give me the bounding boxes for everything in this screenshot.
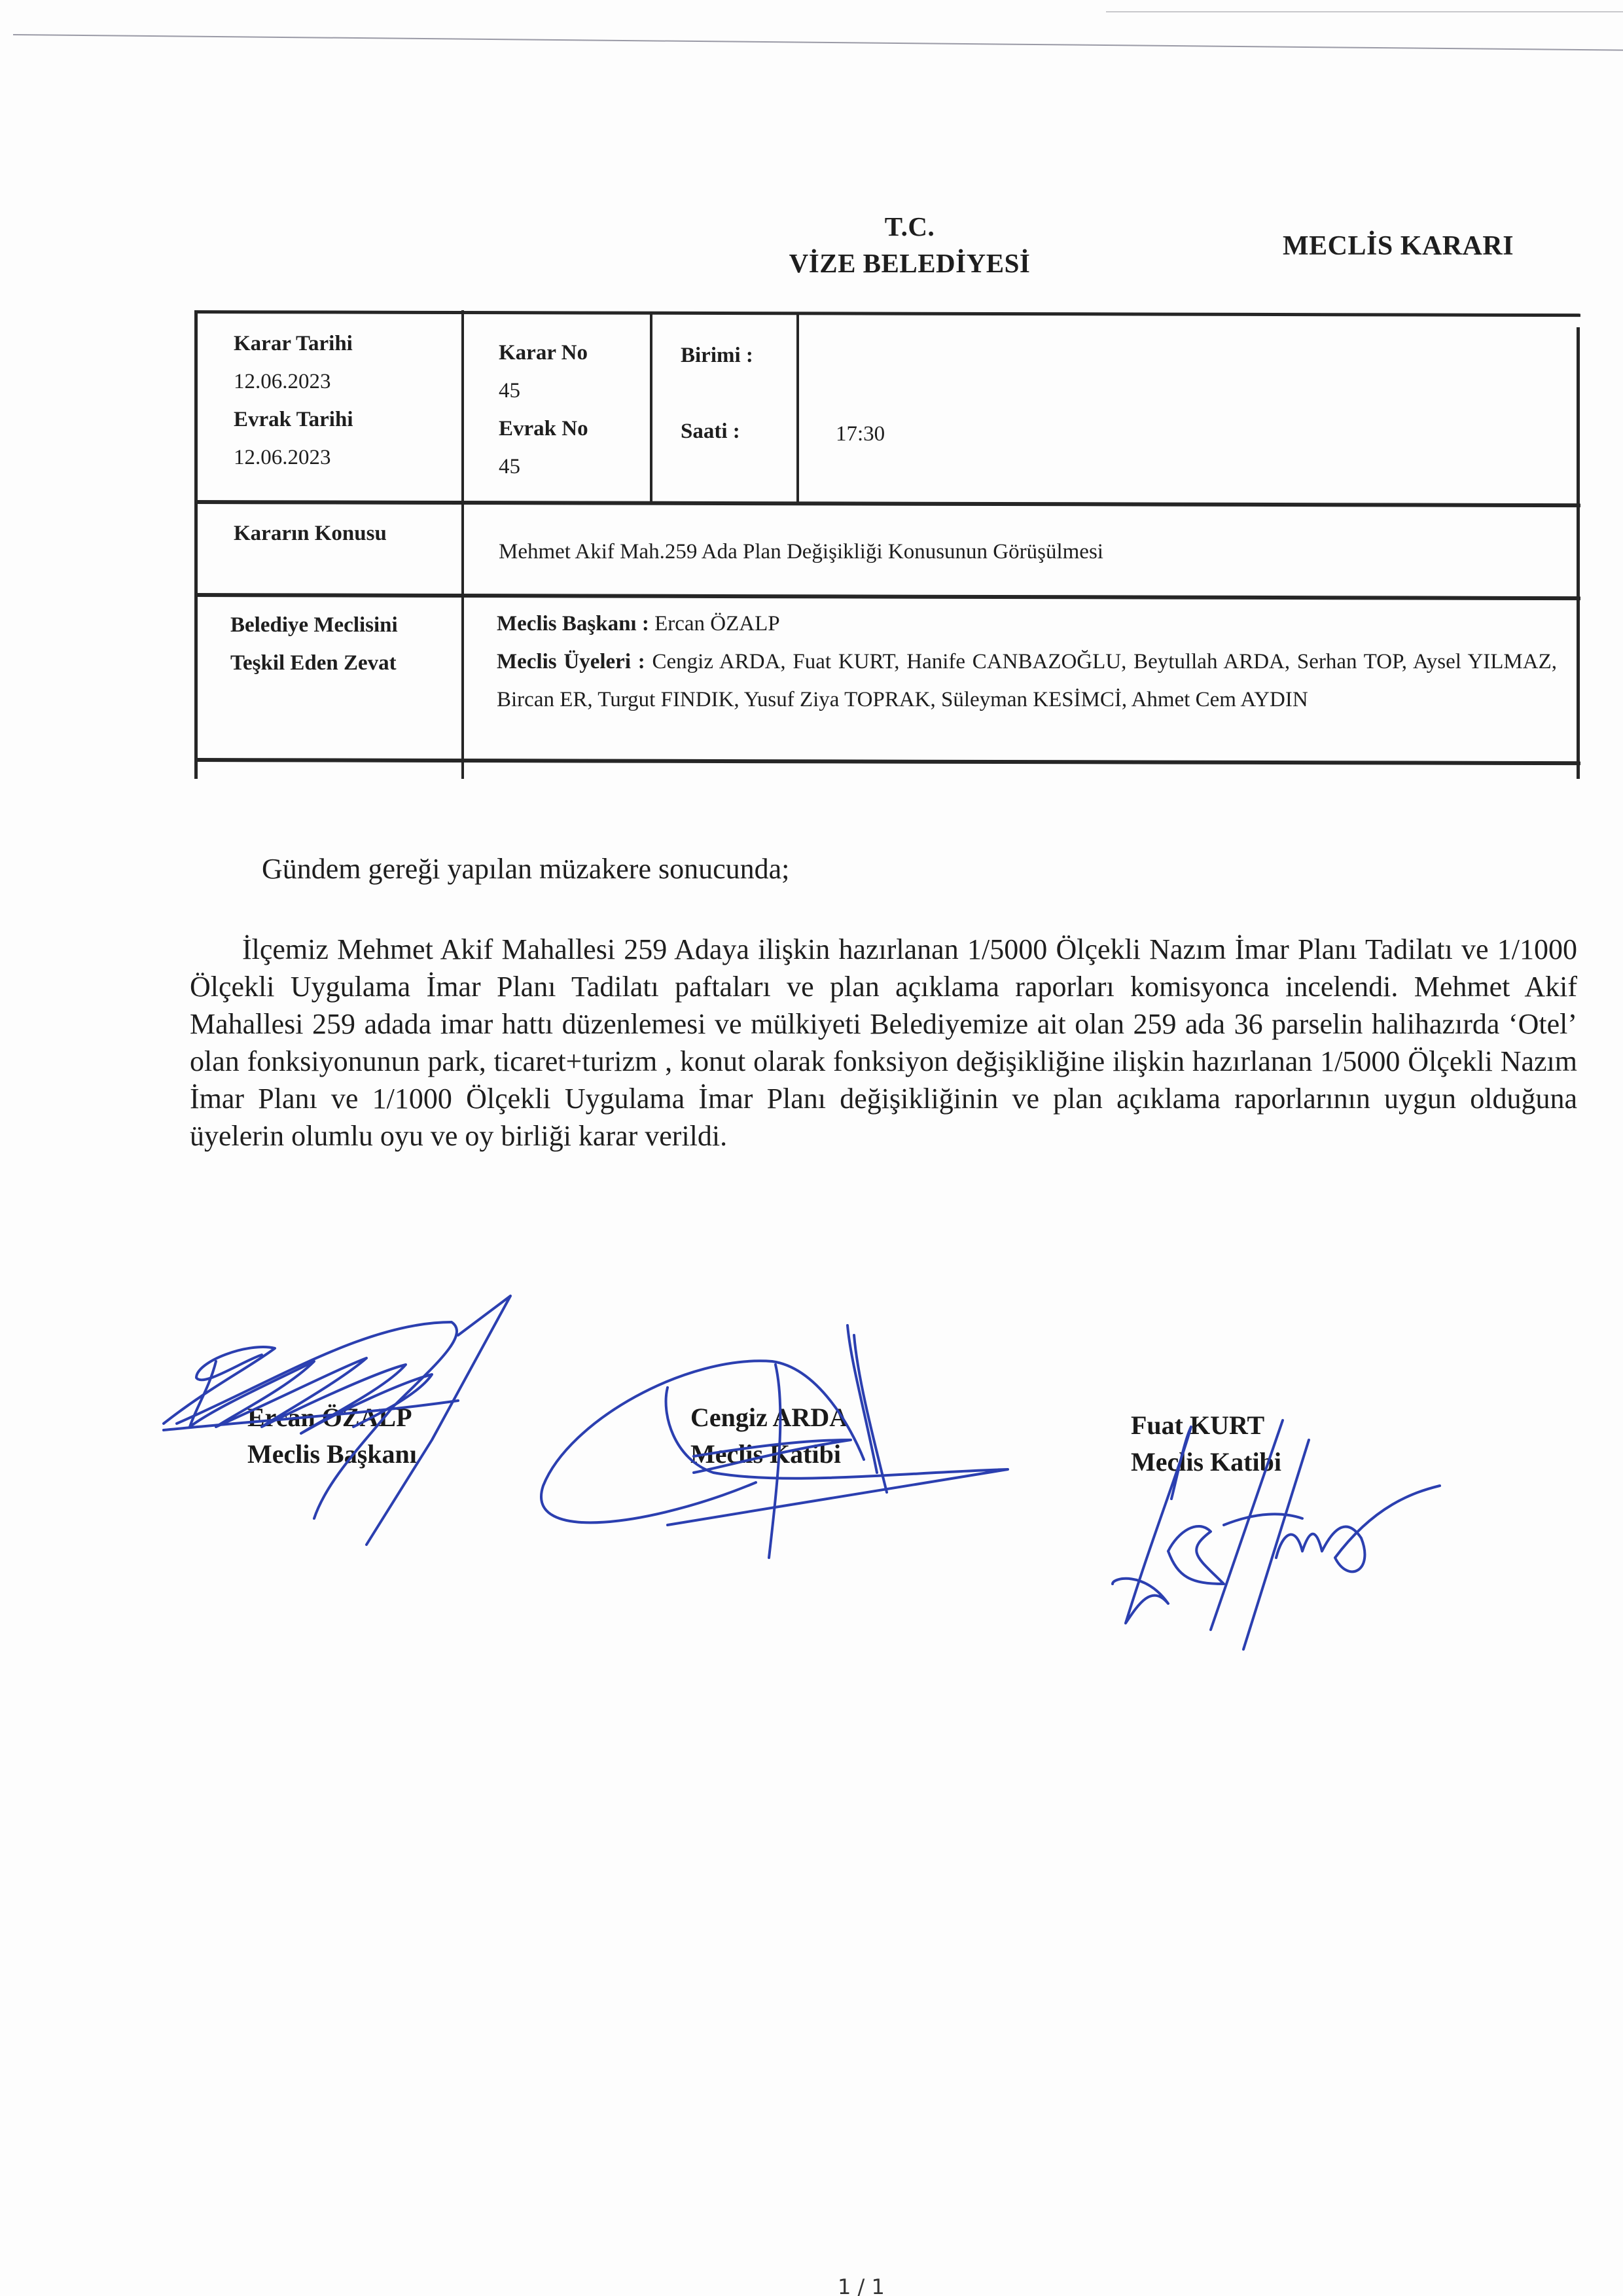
baskan-line: Meclis Başkanı : Ercan ÖZALP: [497, 605, 1557, 643]
uyeler-names: Cengiz ARDA, Fuat KURT, Hanife CANBAZOĞL…: [497, 650, 1557, 711]
evrak-tarihi-label: Evrak Tarihi: [234, 401, 353, 439]
evrak-no-label: Evrak No: [499, 410, 588, 448]
state-abbrev: T.C.: [720, 208, 1099, 245]
page-number: 1 / 1: [838, 2274, 885, 2296]
karar-tarihi-value: 12.06.2023: [234, 363, 353, 401]
uyeler-line: Meclis Üyeleri : Cengiz ARDA, Fuat KURT,…: [497, 643, 1557, 719]
birimi-label: Birimi :: [681, 336, 753, 374]
signatory-name: Ercan ÖZALP: [247, 1399, 417, 1436]
zevat-label: Belediye Meclisini Teşkil Eden Zevat: [230, 606, 398, 682]
decision-info-table: Karar Tarihi 12.06.2023 Evrak Tarihi 12.…: [194, 310, 1580, 779]
signatory-title: Meclis Başkanı: [247, 1436, 417, 1473]
scan-artifact-line: [1106, 11, 1623, 12]
signature-block-clerk-2: Fuat KURT Meclis Katibi: [1131, 1407, 1281, 1480]
numbers-cell: Karar No 45 Evrak No 45: [499, 334, 588, 486]
signature-block-clerk-1: Cengiz ARDA Meclis Katibi: [690, 1399, 848, 1473]
decision-paragraph: İlçemiz Mehmet Akif Mahallesi 259 Adaya …: [190, 931, 1577, 1155]
signatory-title: Meclis Katibi: [690, 1436, 848, 1473]
konu-value: Mehmet Akif Mah.259 Ada Plan Değişikliği…: [499, 533, 1103, 571]
zevat-label-line-1: Belediye Meclisini: [230, 606, 398, 644]
karar-no-label: Karar No: [499, 334, 588, 372]
baskan-name: Ercan ÖZALP: [654, 612, 780, 636]
karar-no-value: 45: [499, 372, 588, 410]
zevat-value: Meclis Başkanı : Ercan ÖZALP Meclis Üyel…: [497, 605, 1557, 719]
zevat-label-line-2: Teşkil Eden Zevat: [230, 644, 398, 682]
dates-cell: Karar Tarihi 12.06.2023 Evrak Tarihi 12.…: [234, 325, 353, 476]
saati-label: Saati :: [681, 412, 740, 450]
konu-label: Kararın Konusu: [234, 514, 387, 552]
evrak-tarihi-value: 12.06.2023: [234, 439, 353, 476]
evrak-no-value: 45: [499, 448, 588, 486]
signatory-title: Meclis Katibi: [1131, 1444, 1281, 1480]
scan-artifact-line: [13, 34, 1623, 51]
issuer-header: T.C. VİZE BELEDİYESİ: [720, 208, 1099, 281]
signatory-name: Cengiz ARDA: [690, 1399, 848, 1436]
baskan-label: Meclis Başkanı: [497, 612, 637, 636]
saati-value: 17:30: [836, 415, 885, 453]
document-type: MECLİS KARARI: [1283, 230, 1514, 262]
uyeler-label: Meclis Üyeleri: [497, 650, 631, 673]
signatory-name: Fuat KURT: [1131, 1407, 1281, 1444]
intro-line: Gündem gereği yapılan müzakere sonucunda…: [262, 852, 789, 886]
signature-block-chair: Ercan ÖZALP Meclis Başkanı: [247, 1399, 417, 1473]
municipality-name: VİZE BELEDİYESİ: [720, 245, 1099, 281]
karar-tarihi-label: Karar Tarihi: [234, 325, 353, 363]
